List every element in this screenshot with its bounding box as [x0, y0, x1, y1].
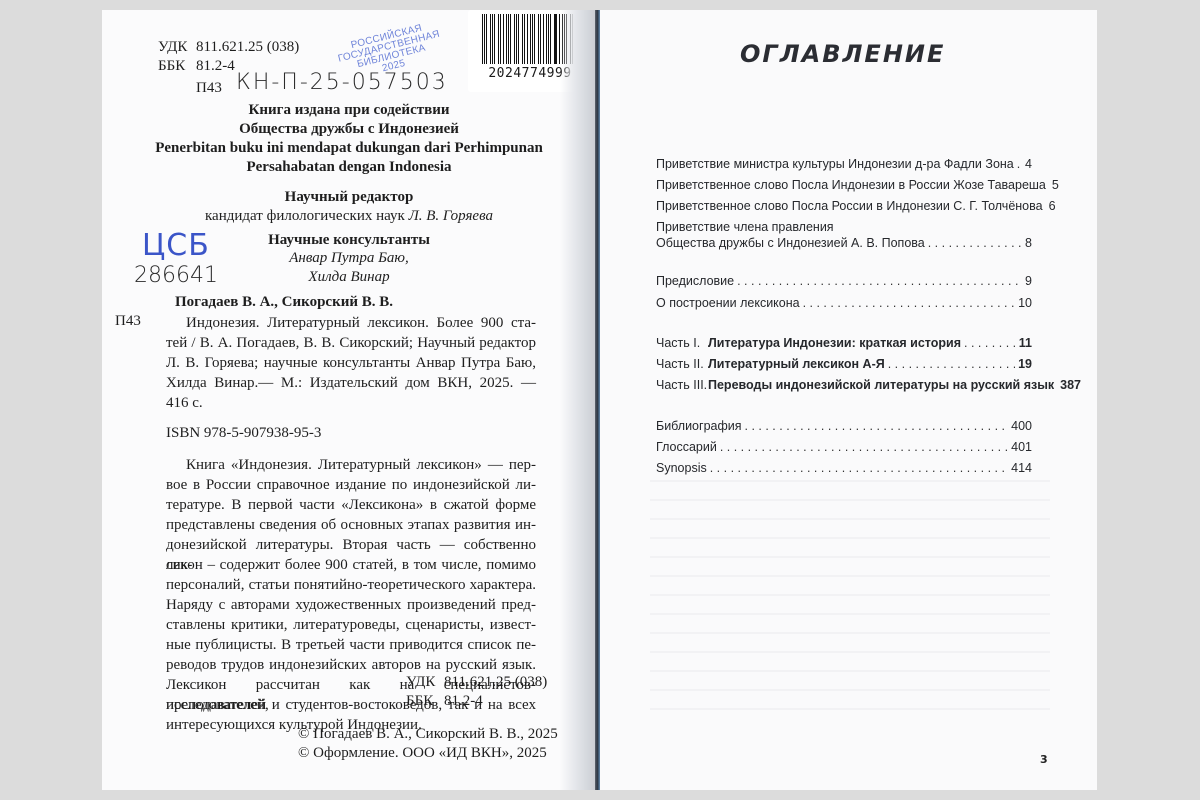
- copyright-design: © Оформление. ООО «ИД ВКН», 2025: [298, 745, 547, 762]
- footer-udk: УДК811.621.25 (038): [406, 674, 547, 691]
- toc-entry[interactable]: О построении лексикона10: [656, 295, 1032, 311]
- show-through-lines: [650, 480, 1050, 727]
- editor-heading: Научный редактор: [102, 189, 596, 206]
- bbk-code: ББК81.2-4: [158, 57, 235, 76]
- support-ru-line1: Книга издана при содействии: [102, 102, 596, 119]
- support-id-line2: Persahabatan dengan Indonesia: [102, 159, 596, 176]
- toc-entry[interactable]: Приветствие министра культуры Индонезии …: [656, 156, 1032, 172]
- page-number: 3: [1040, 753, 1048, 766]
- udk-code: УДК811.621.25 (038): [158, 38, 299, 57]
- toc-part-entry[interactable]: Часть III.Переводы индонезийской литерат…: [656, 377, 1032, 393]
- toc-entry[interactable]: Предисловие9: [656, 273, 1032, 289]
- isbn: ISBN 978-5-907938-95-3: [166, 425, 321, 442]
- editor-line: кандидат филологических наук Л. В. Горяе…: [102, 208, 596, 225]
- footer-bbk: ББК81.2-4: [406, 693, 483, 710]
- toc-entry[interactable]: Глоссарий401: [656, 439, 1032, 455]
- catalog-description: Индонезия. Литературный лексикон. Более …: [166, 313, 536, 413]
- spine-shadow: [560, 10, 596, 790]
- toc-part-entry[interactable]: Часть II.Литературный лексикон А-Я19: [656, 356, 1032, 372]
- csb-stamp: ЦСБ: [142, 228, 210, 263]
- toc-entry[interactable]: Synopsis414: [656, 460, 1032, 476]
- toc-entry[interactable]: Общества дружбы с Индонезией А. В. Попов…: [656, 235, 1032, 251]
- toc-entry[interactable]: Библиография400: [656, 418, 1032, 434]
- toc-entry[interactable]: Приветственное слово Посла Индонезии в Р…: [656, 177, 1032, 193]
- toc-part-entry[interactable]: Часть I.Литература Индонезии: краткая ис…: [656, 335, 1032, 351]
- support-id-line1: Penerbitan buku ini mendapat dukungan da…: [102, 140, 596, 157]
- toc-entry[interactable]: Приветственное слово Посла России в Индо…: [656, 198, 1032, 214]
- toc-title: ОГЛАВЛЕНИЕ: [740, 40, 945, 68]
- right-page-contents: ​ ОГЛАВЛЕНИЕ Приветствие министра культу…: [600, 10, 1097, 790]
- toc-entry-first-line[interactable]: Приветствие члена правления: [656, 219, 834, 235]
- author-mark: П43: [196, 79, 222, 98]
- copyright-authors: © Погадаев В. А., Сикорский В. В., 2025: [298, 726, 558, 743]
- left-page-imprint: УДК811.621.25 (038) ББК81.2-4 П43 КН-П-2…: [102, 10, 596, 790]
- csb-number: 286641: [134, 263, 218, 288]
- catalog-authors: Погадаев В. А., Сикорский В. В.: [175, 294, 393, 311]
- support-ru-line2: Общества дружбы с Индонезией: [102, 121, 596, 138]
- catalog-mark: П43: [115, 313, 141, 330]
